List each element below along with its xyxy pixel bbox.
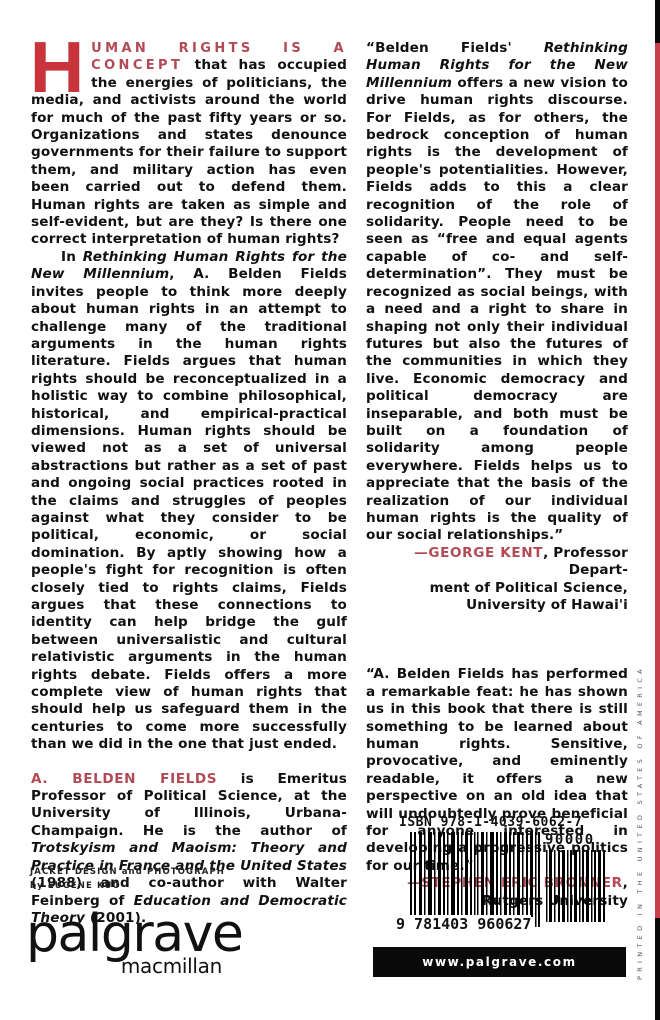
barcode-icon <box>410 832 610 927</box>
publisher-url[interactable]: www.palgrave.com <box>373 947 626 977</box>
review-1-attribution: —GEORGE KENT, Professor Depart- ment of … <box>366 545 628 615</box>
publisher-logo: palgrave macmillan <box>26 908 222 978</box>
reviewer-name: GEORGE KENT <box>428 545 543 561</box>
review-1: “Belden Fields' Rethinking Human Rights … <box>366 40 628 545</box>
isbn-label: ISBN 978-1-4039-6062-7 <box>399 815 582 830</box>
reviews: “Belden Fields' Rethinking Human Rights … <box>366 40 628 910</box>
edge-strip-red <box>655 43 660 918</box>
edge-strip-black-top <box>655 0 660 43</box>
paragraph-2-prefix: In <box>61 249 83 265</box>
credit-line-2: by EUGENE KUO <box>30 879 225 893</box>
affiliation-line-1: , Professor Depart- <box>543 545 628 578</box>
logo-palgrave: palgrave <box>26 908 222 960</box>
affiliation-line-3: University of Hawai'i <box>466 597 628 613</box>
dash: — <box>414 545 428 561</box>
barcode-digits: 9 781403 960627 <box>396 915 531 933</box>
printed-in-note: PRINTED IN THE UNITED STATES OF AMERICA <box>636 665 644 980</box>
edge-strip-black-bottom <box>655 918 660 1020</box>
author-name: A. BELDEN FIELDS <box>31 771 217 787</box>
description-paragraph-1: H UMAN RIGHTS IS A CONCEPT that has occu… <box>31 40 347 249</box>
review-1-open: “Belden Fields' <box>366 40 544 56</box>
paragraph-2-text: , A. Belden Fields invites people to thi… <box>31 266 347 752</box>
book-description: H UMAN RIGHTS IS A CONCEPT that has occu… <box>31 40 347 927</box>
review-1-text: offers a new vision to drive human right… <box>366 75 628 544</box>
credit-line-1: JACKET DESIGN and PHOTOGRAPH <box>30 865 225 879</box>
description-paragraph-2: In Rethinking Human Rights for the New M… <box>31 249 347 754</box>
affiliation-line-1: , <box>623 875 628 891</box>
drop-cap: H <box>30 42 85 92</box>
jacket-credit: JACKET DESIGN and PHOTOGRAPH by EUGENE K… <box>30 865 225 893</box>
affiliation-line-2: ment of Political Science, <box>430 580 628 596</box>
